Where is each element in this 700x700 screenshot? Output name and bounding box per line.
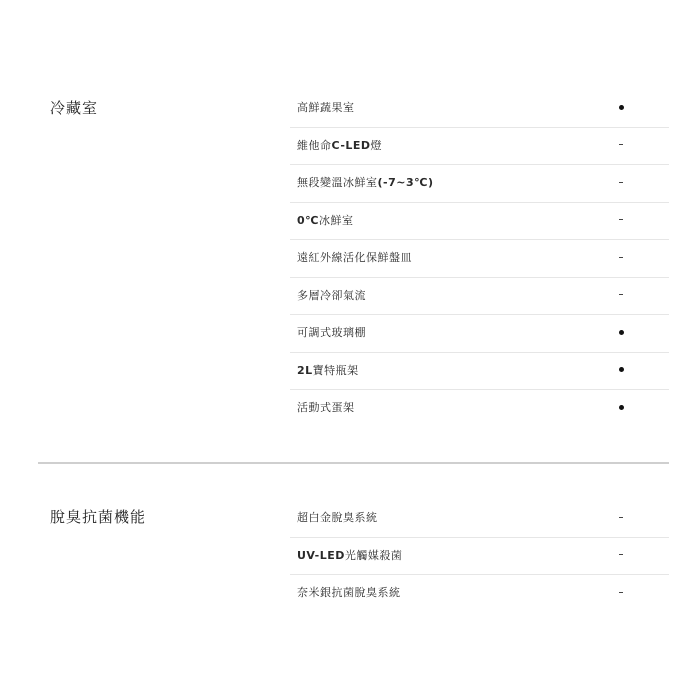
table-row: 多層冷卻氣流 (290, 278, 669, 316)
feature-value (608, 324, 634, 340)
dash-icon (619, 554, 623, 555)
bullet-dot-icon (619, 405, 624, 410)
feature-label: 超白金脫臭系統 (297, 510, 378, 526)
feature-value (608, 547, 634, 563)
feature-value (608, 399, 634, 415)
table-row: UV-LED光觸媒殺菌 (290, 538, 669, 576)
table-row: 遠紅外線活化保鮮盤皿 (290, 240, 669, 278)
feature-value (608, 174, 634, 190)
dash-icon (619, 592, 623, 593)
feature-value (608, 362, 634, 378)
feature-label: 無段變溫冰鮮室(-7~3℃) (297, 175, 433, 191)
bullet-dot-icon (619, 330, 624, 335)
feature-value (608, 249, 634, 265)
dash-icon (619, 294, 623, 295)
feature-value (608, 99, 634, 115)
feature-label: 可調式玻璃棚 (297, 325, 366, 341)
dash-icon (619, 144, 623, 145)
bullet-dot-icon (619, 367, 624, 372)
table-row: 活動式蛋架 (290, 390, 669, 428)
dash-icon (619, 257, 623, 258)
table-row: 維他命C-LED燈 (290, 128, 669, 166)
table-row: 高鮮蔬果室 (290, 90, 669, 128)
feature-label: 遠紅外線活化保鮮盤皿 (297, 250, 412, 266)
feature-label: UV-LED光觸媒殺菌 (297, 548, 402, 564)
spec-table: 冷藏室 高鮮蔬果室 維他命C-LED燈 無段變溫冰鮮室(-7~3℃) 0℃冰鮮室… (0, 0, 700, 700)
bullet-dot-icon (619, 105, 624, 110)
feature-label: 高鮮蔬果室 (297, 100, 355, 116)
table-row: 可調式玻璃棚 (290, 315, 669, 353)
feature-label: 奈米銀抗菌脫臭系統 (297, 585, 401, 601)
feature-list: 超白金脫臭系統 UV-LED光觸媒殺菌 奈米銀抗菌脫臭系統 (290, 500, 669, 613)
feature-value (608, 287, 634, 303)
table-row: 超白金脫臭系統 (290, 500, 669, 538)
feature-label: 維他命C-LED燈 (297, 138, 382, 154)
feature-label: 活動式蛋架 (297, 400, 355, 416)
feature-list: 高鮮蔬果室 維他命C-LED燈 無段變溫冰鮮室(-7~3℃) 0℃冰鮮室 遠紅外… (290, 90, 669, 428)
dash-icon (619, 517, 623, 518)
table-row: 無段變溫冰鮮室(-7~3℃) (290, 165, 669, 203)
table-row: 0℃冰鮮室 (290, 203, 669, 241)
dash-icon (619, 182, 623, 183)
section-divider (38, 462, 669, 464)
table-row: 奈米銀抗菌脫臭系統 (290, 575, 669, 613)
section-title: 冷藏室 (50, 98, 98, 118)
table-row: 2L寶特瓶架 (290, 353, 669, 391)
feature-value (608, 584, 634, 600)
dash-icon (619, 219, 623, 220)
section-title: 脫臭抗菌機能 (50, 507, 146, 527)
feature-value (608, 509, 634, 525)
feature-value (608, 137, 634, 153)
feature-value (608, 212, 634, 228)
feature-label: 多層冷卻氣流 (297, 288, 366, 304)
feature-label: 0℃冰鮮室 (297, 213, 353, 229)
feature-label: 2L寶特瓶架 (297, 363, 359, 379)
